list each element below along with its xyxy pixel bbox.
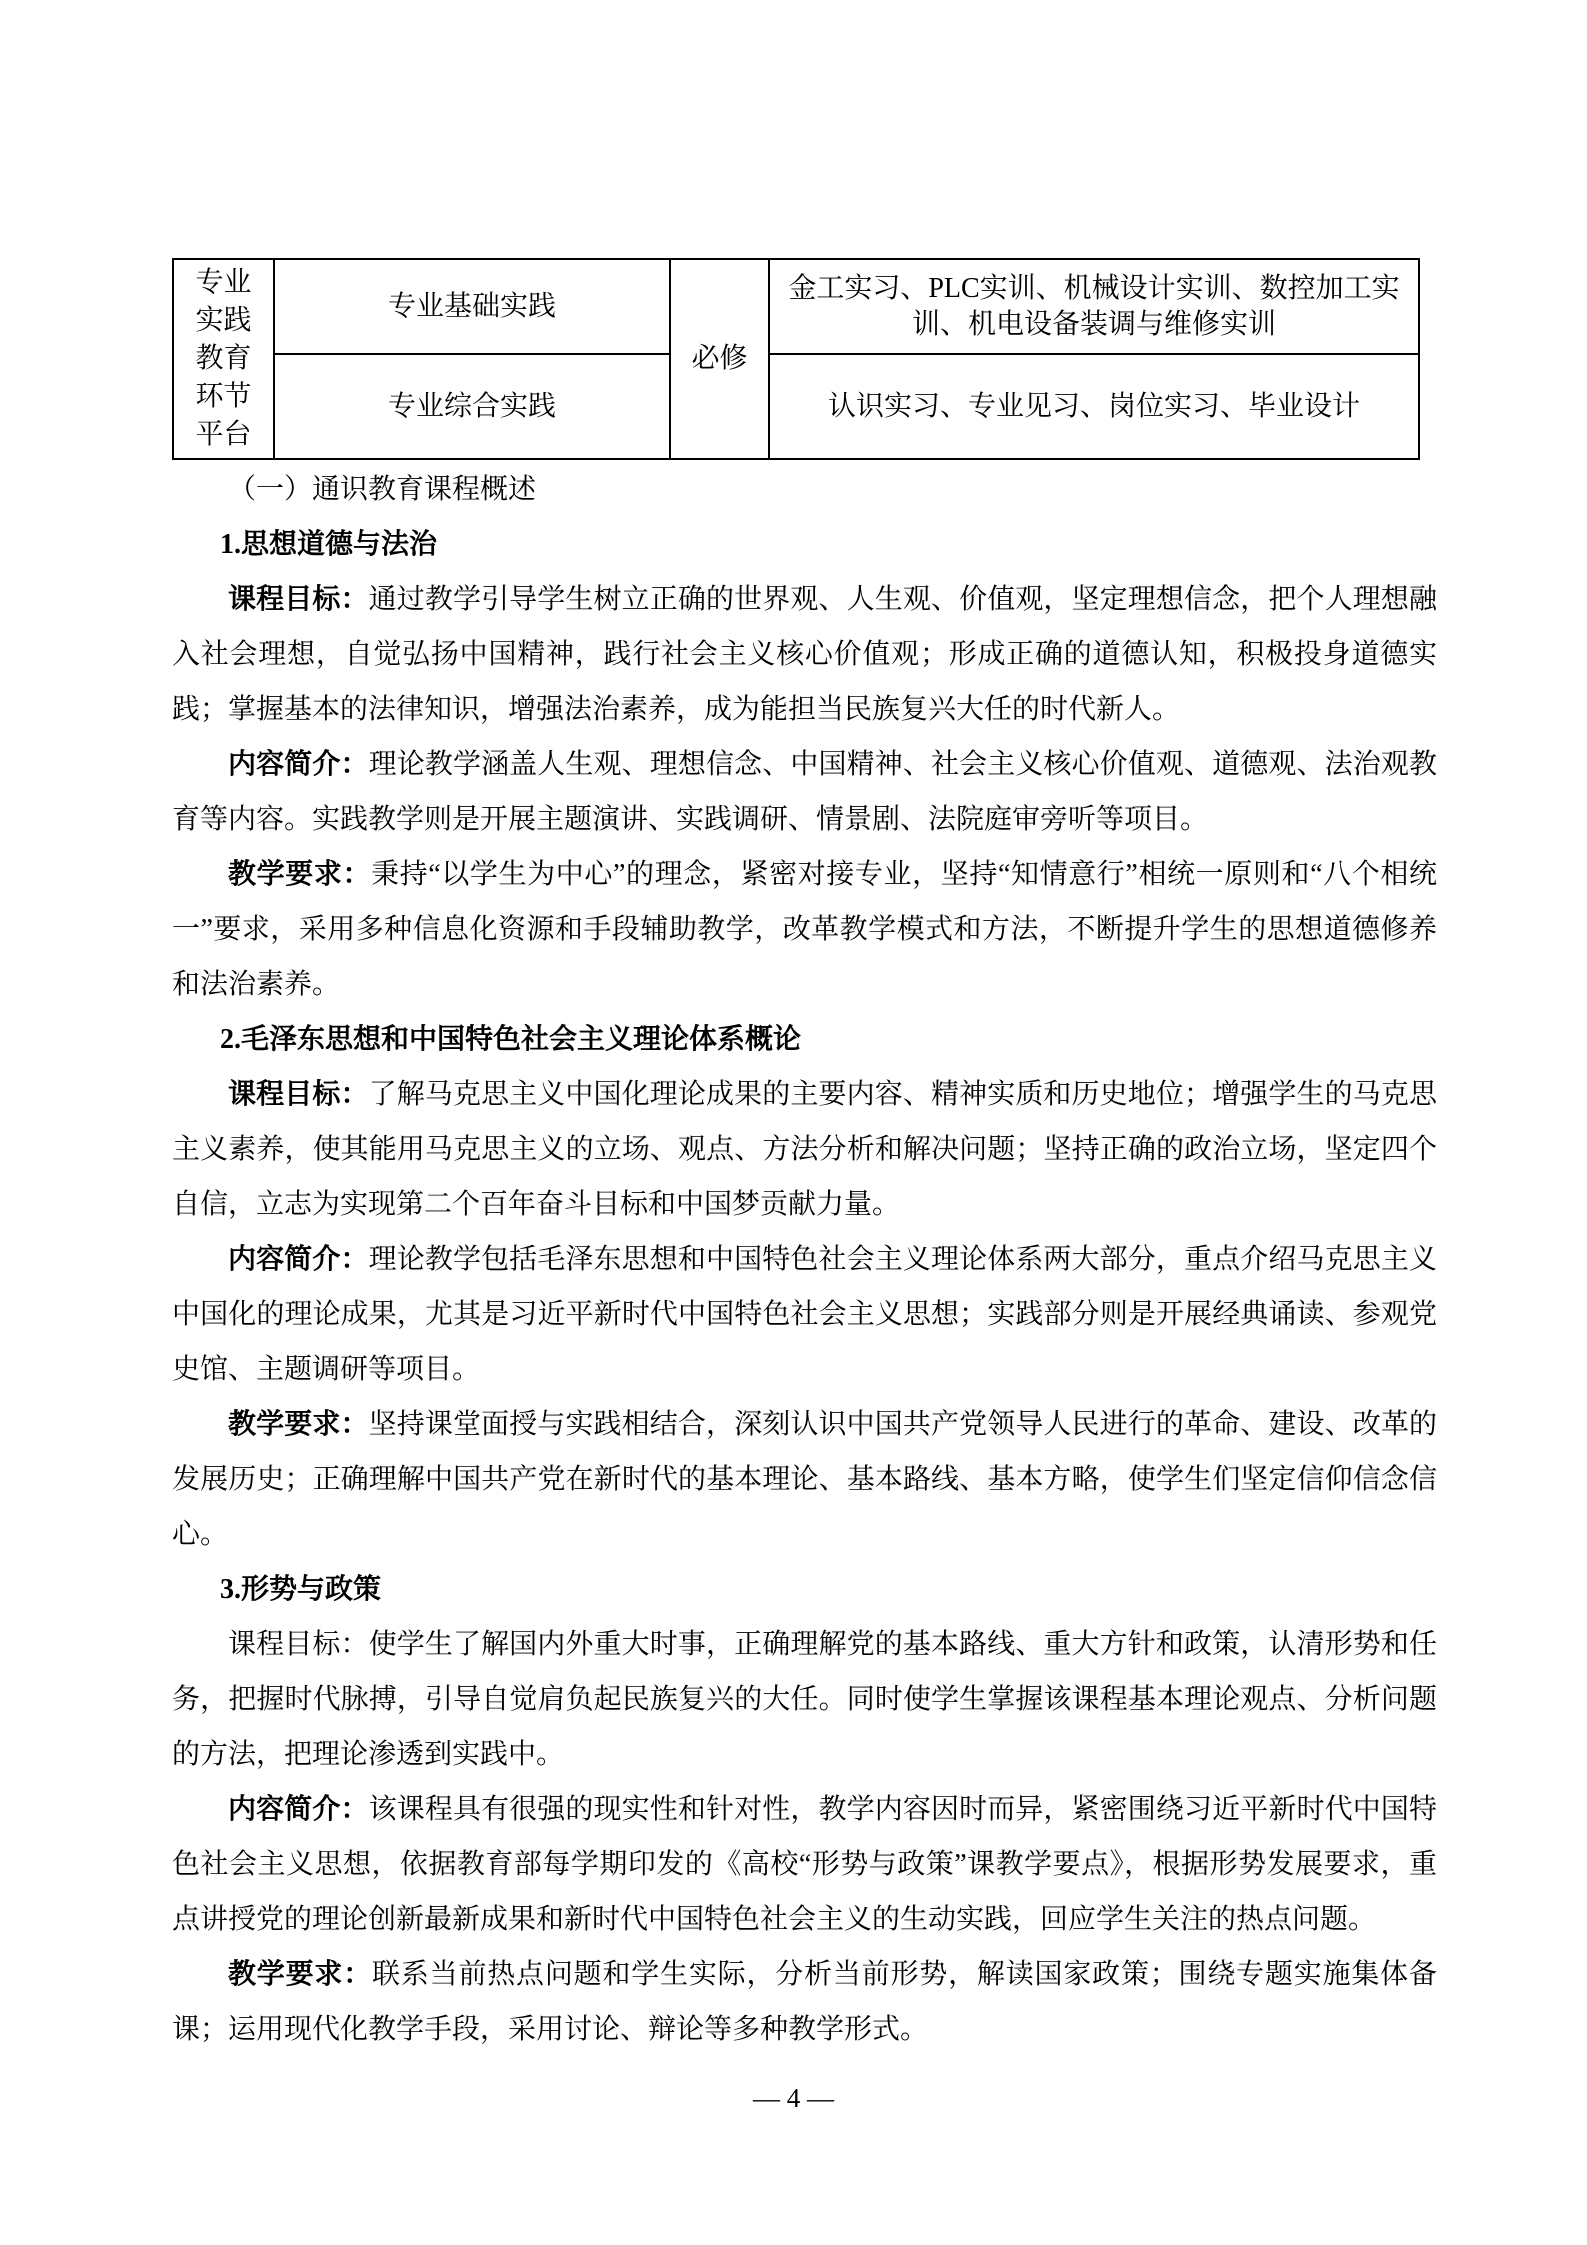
paragraph-teaching-req: 教学要求：坚持课堂面授与实践相结合，深刻认识中国共产党领导人民进行的革命、建设、… bbox=[172, 1397, 1437, 1562]
section-heading: （一）通识教育课程概述 bbox=[172, 462, 1437, 517]
paragraph-teaching-req: 教学要求：秉持“以学生为中心”的理念，紧密对接专业，坚持“知情意行”相统一原则和… bbox=[172, 847, 1437, 1012]
courses-cell: 金工实习、PLC实训、机械设计实训、数控加工实训、机电设备装调与维修实训 bbox=[769, 259, 1419, 354]
paragraph-course-goal: 课程目标：通过教学引导学生树立正确的世界观、人生观、价值观，坚定理想信念，把个人… bbox=[172, 572, 1437, 737]
platform-header-line: 平台 bbox=[180, 416, 267, 454]
paragraph-label: 教学要求： bbox=[228, 1409, 369, 1440]
table-row: 专业 实践 教育 环节 平台 专业基础实践 必修 金工实习、PLC实训、机械设计… bbox=[173, 259, 1419, 354]
courses-cell: 认识实习、专业见习、岗位实习、毕业设计 bbox=[769, 354, 1419, 459]
category-cell: 专业综合实践 bbox=[274, 354, 670, 459]
paragraph-course-goal: 课程目标：了解马克思主义中国化理论成果的主要内容、精神实质和历史地位；增强学生的… bbox=[172, 1067, 1437, 1232]
paragraph-course-intro: 内容简介：理论教学包括毛泽东思想和中国特色社会主义理论体系两大部分，重点介绍马克… bbox=[172, 1232, 1437, 1397]
platform-header-line: 专业 bbox=[180, 264, 267, 302]
course-title-1: 1.思想道德与法治 bbox=[172, 517, 1437, 572]
paragraph-label: 教学要求： bbox=[228, 1959, 372, 1990]
category-cell: 专业基础实践 bbox=[274, 259, 670, 354]
platform-header-cell: 专业 实践 教育 环节 平台 bbox=[173, 259, 274, 459]
table-row: 专业综合实践 认识实习、专业见习、岗位实习、毕业设计 bbox=[173, 354, 1419, 459]
paragraph-label: 课程目标： bbox=[228, 584, 369, 615]
paragraph-label: 课程目标： bbox=[228, 1629, 369, 1660]
paragraph-course-intro: 内容简介：理论教学涵盖人生观、理想信念、中国精神、社会主义核心价值观、道德观、法… bbox=[172, 737, 1437, 847]
paragraph-course-goal: 课程目标：使学生了解国内外重大时事，正确理解党的基本路线、重大方针和政策，认清形… bbox=[172, 1617, 1437, 1782]
document-page: 专业 实践 教育 环节 平台 专业基础实践 必修 金工实习、PLC实训、机械设计… bbox=[0, 0, 1587, 2245]
platform-header-line: 实践 bbox=[180, 302, 267, 340]
paragraph-label: 内容简介： bbox=[228, 749, 369, 780]
curriculum-table: 专业 实践 教育 环节 平台 专业基础实践 必修 金工实习、PLC实训、机械设计… bbox=[172, 258, 1420, 460]
paragraph-label: 内容简介： bbox=[228, 1794, 369, 1825]
platform-header-line: 环节 bbox=[180, 378, 267, 416]
course-title-3: 3.形势与政策 bbox=[172, 1562, 1437, 1617]
paragraph-teaching-req: 教学要求：联系当前热点问题和学生实际，分析当前形势，解读国家政策；围绕专题实施集… bbox=[172, 1947, 1437, 2057]
paragraph-label: 课程目标： bbox=[228, 1079, 369, 1110]
course-title-2: 2.毛泽东思想和中国特色社会主义理论体系概论 bbox=[172, 1012, 1437, 1067]
requirement-cell: 必修 bbox=[670, 259, 769, 459]
paragraph-course-intro: 内容简介：该课程具有很强的现实性和针对性，教学内容因时而异，紧密围绕习近平新时代… bbox=[172, 1782, 1437, 1947]
page-number: — 4 — bbox=[0, 2078, 1587, 2118]
platform-header-line: 教育 bbox=[180, 340, 267, 378]
paragraph-label: 内容简介： bbox=[228, 1244, 369, 1275]
paragraph-label: 教学要求： bbox=[228, 859, 371, 890]
document-body: （一）通识教育课程概述 1.思想道德与法治 课程目标：通过教学引导学生树立正确的… bbox=[172, 462, 1437, 2057]
